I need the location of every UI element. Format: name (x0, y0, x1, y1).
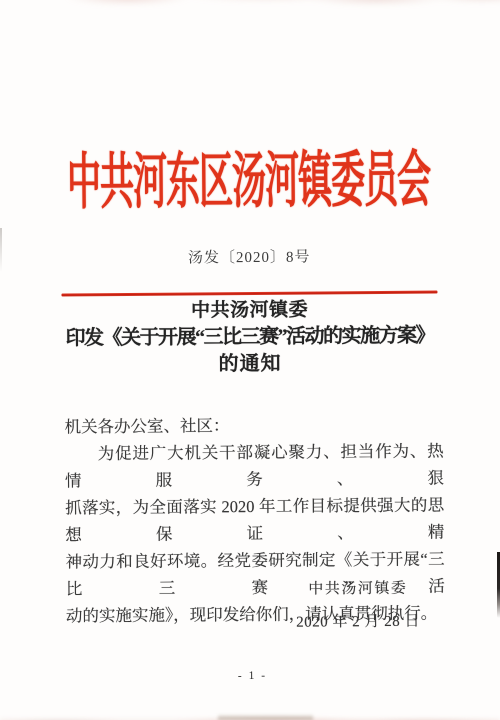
signature-issuer: 中共汤河镇委 (258, 576, 458, 599)
document-title-line-3: 的通知 (0, 349, 500, 380)
page-number: - 1 - (2, 668, 500, 684)
signature-block: 中共汤河镇委 2020 年 2 月 28 日 (258, 576, 458, 632)
issuer-header-red-title: 中共河东区汤河镇委员会 (0, 151, 499, 216)
body-line: 抓落实，为全面落实 2020 年工作目标提供强大的思想保证、精 (65, 491, 444, 548)
document-sheet: 中共河东区汤河镇委员会 汤发〔2020〕8号 中共汤河镇委 印发《关于开展“三比… (0, 0, 500, 720)
document-title: 中共汤河镇委 印发《关于开展“三比三赛”活动的实施方案》 的通知 (0, 295, 500, 380)
document-title-line-2: 印发《关于开展“三比三赛”活动的实施方案》 (0, 322, 500, 353)
salutation-line: 机关各办公室、社区： (64, 410, 443, 440)
scanned-document-page: 中共河东区汤河镇委员会 汤发〔2020〕8号 中共汤河镇委 印发《关于开展“三比… (0, 0, 500, 720)
document-number: 汤发〔2020〕8号 (0, 244, 499, 269)
document-title-line-1: 中共汤河镇委 (0, 295, 500, 326)
signature-date: 2020 年 2 月 28 日 (258, 609, 458, 632)
body-line: 为促进广大机关干部凝心聚力、担当作为、热情服务、狠 (65, 437, 444, 494)
